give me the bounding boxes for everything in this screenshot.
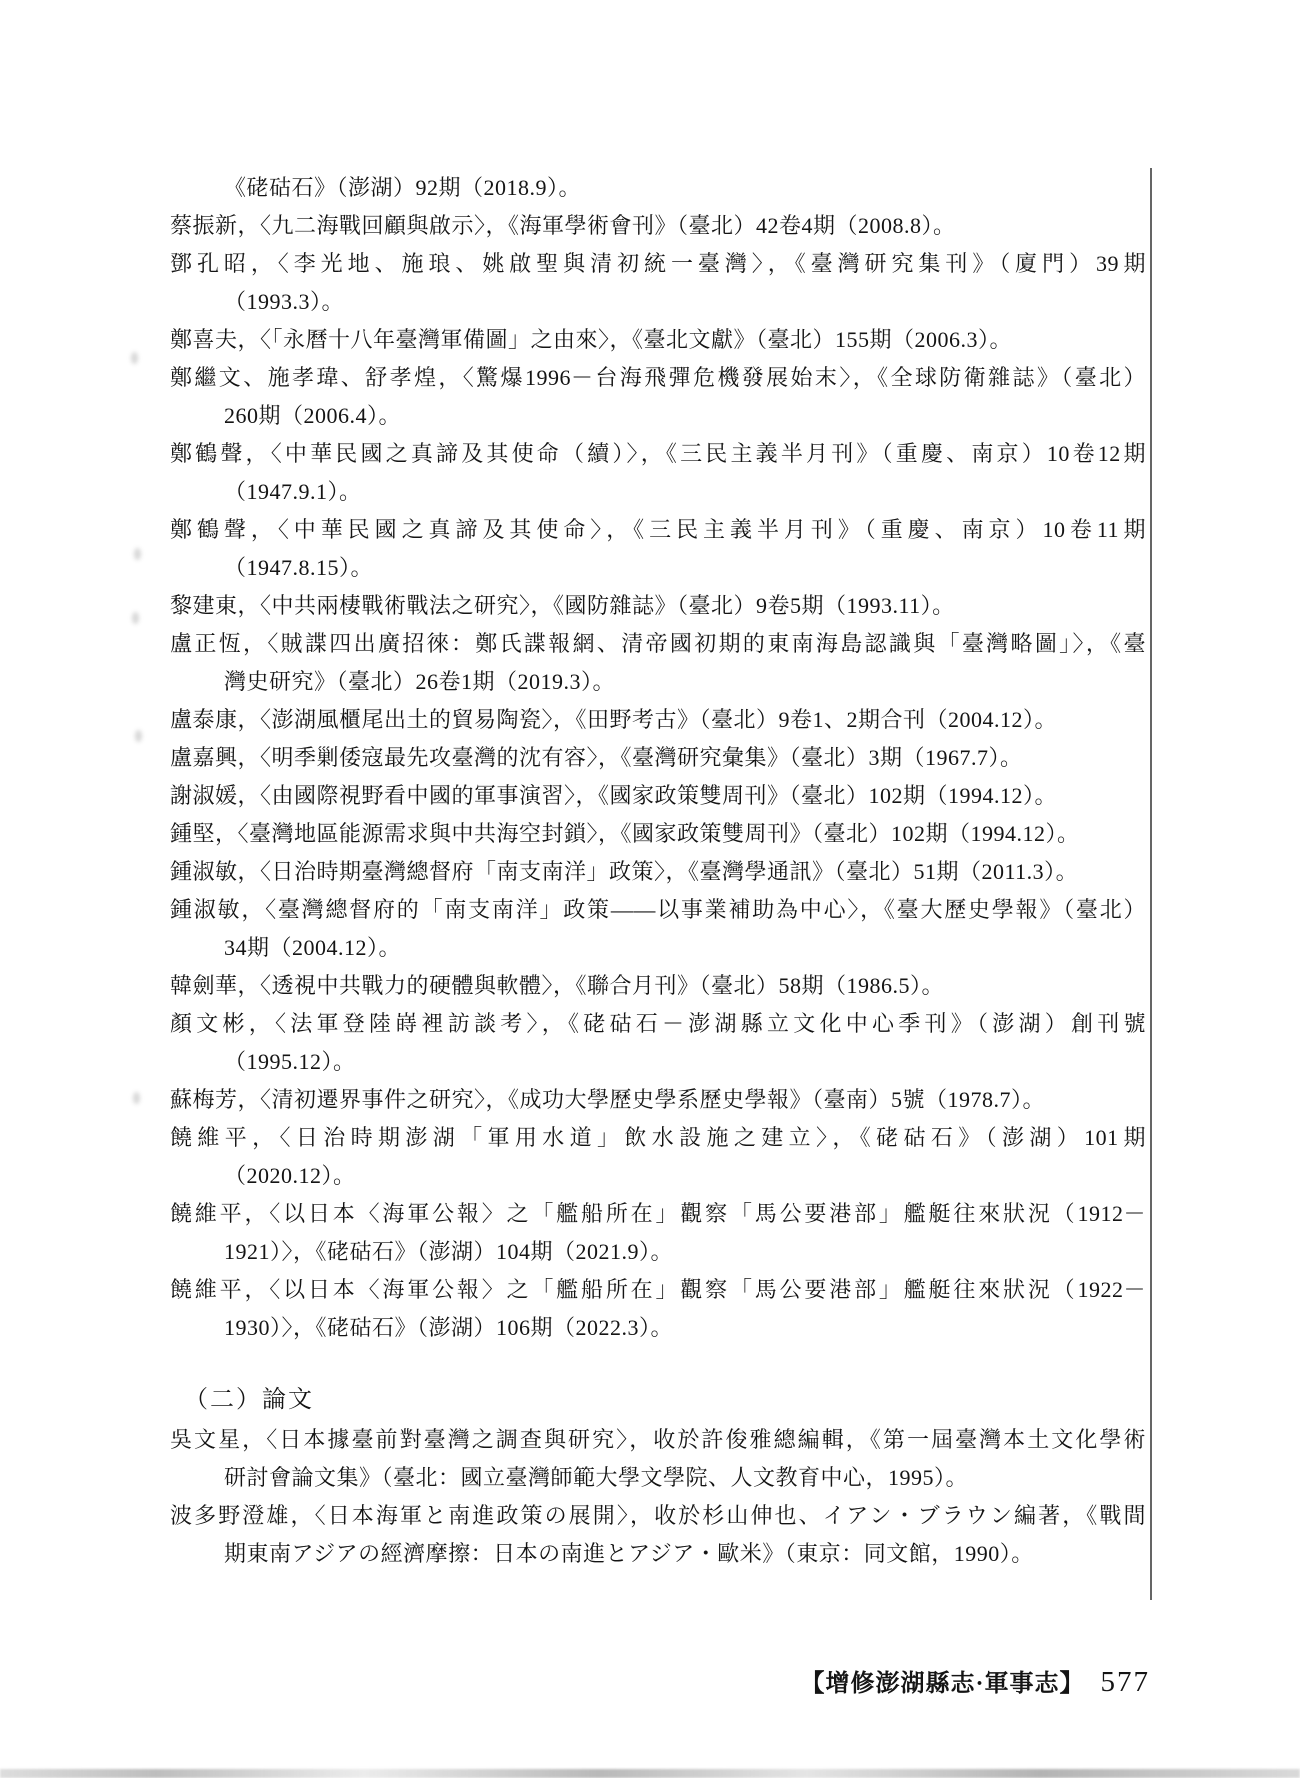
bib-line: 1930）〉，《硓𥑮石》（澎湖）106期（2022.3）。 bbox=[170, 1309, 1146, 1347]
scan-speck bbox=[135, 730, 142, 742]
bib-line: 研討會論文集》（臺北：國立臺灣師範大學文學院、人文教育中心，1995）。 bbox=[170, 1459, 1146, 1497]
scan-speck bbox=[133, 1092, 140, 1104]
bib-line: 灣史研究》（臺北）26卷1期（2019.3）。 bbox=[170, 663, 1146, 701]
bibliography-part2: 吳文星，〈日本據臺前對臺灣之調查與研究〉，收於許俊雅總編輯，《第一屆臺灣本土文化… bbox=[170, 1421, 1146, 1573]
bib-line: 饒維平，〈以日本〈海軍公報〉之「艦船所在」觀察「馬公要港部」艦艇往來狀況（191… bbox=[170, 1195, 1146, 1233]
bib-line: 饒維平，〈日治時期澎湖「軍用水道」飲水設施之建立〉，《硓𥑮石》（澎湖）101期 bbox=[170, 1119, 1146, 1157]
bibliography-list: 《硓𥑮石》（澎湖）92期（2018.9）。蔡振新，〈九二海戰回顧與啟示〉，《海軍… bbox=[170, 169, 1146, 1573]
scan-speck bbox=[132, 612, 139, 624]
scan-speck bbox=[131, 352, 138, 364]
bib-line: （2020.12）。 bbox=[170, 1157, 1146, 1195]
footer-book-title: 【增修澎湖縣志·軍事志】 bbox=[800, 1671, 1084, 1697]
bib-line: 盧嘉興，〈明季剿倭寇最先攻臺灣的沈有容〉，《臺灣研究彙集》（臺北）3期（1967… bbox=[170, 739, 1146, 777]
bib-line: 鍾淑敏，〈日治時期臺灣總督府「南支南洋」政策〉，《臺灣學通訊》（臺北）51期（2… bbox=[170, 853, 1146, 891]
scan-speck bbox=[134, 548, 141, 560]
bib-line: 盧泰康，〈澎湖風櫃尾出土的貿易陶瓷〉，《田野考古》（臺北）9卷1、2期合刊（20… bbox=[170, 701, 1146, 739]
bib-line: 鍾淑敏，〈臺灣總督府的「南支南洋」政策——以事業補助為中心〉，《臺大歷史學報》（… bbox=[170, 891, 1146, 929]
bib-line: 鄭喜夫，〈「永曆十八年臺灣軍備圖」之由來〉，《臺北文獻》（臺北）155期（200… bbox=[170, 321, 1146, 359]
page-footer: 【增修澎湖縣志·軍事志】577 bbox=[0, 1662, 1150, 1707]
bib-line: 蔡振新，〈九二海戰回顧與啟示〉，《海軍學術會刊》（臺北）42卷4期（2008.8… bbox=[170, 207, 1146, 245]
section-heading: （二）論文 bbox=[184, 1380, 1146, 1420]
scanned-page: 《硓𥑮石》（澎湖）92期（2018.9）。蔡振新，〈九二海戰回顧與啟示〉，《海軍… bbox=[0, 0, 1300, 1778]
footer-page-number: 577 bbox=[1101, 1666, 1151, 1698]
bib-line: 鄭鶴聲，〈中華民國之真諦及其使命〉，《三民主義半月刊》（重慶、南京）10卷11期 bbox=[170, 511, 1146, 549]
bib-line: （1947.9.1）。 bbox=[170, 473, 1146, 511]
bib-line: 鄭繼文、施孝瑋、舒孝煌，〈驚爆1996－台海飛彈危機發展始末〉，《全球防衛雜誌》… bbox=[170, 359, 1146, 397]
bib-line: 謝淑媛，〈由國際視野看中國的軍事演習〉，《國家政策雙周刊》（臺北）102期（19… bbox=[170, 777, 1146, 815]
bib-line: 饒維平，〈以日本〈海軍公報〉之「艦船所在」觀察「馬公要港部」艦艇往來狀況（192… bbox=[170, 1271, 1146, 1309]
bibliography-part1: 《硓𥑮石》（澎湖）92期（2018.9）。蔡振新，〈九二海戰回顧與啟示〉，《海軍… bbox=[170, 169, 1146, 1347]
bib-line: 黎建東，〈中共兩棲戰術戰法之研究〉，《國防雜誌》（臺北）9卷5期（1993.11… bbox=[170, 587, 1146, 625]
bib-line: 韓劍華，〈透視中共戰力的硬體與軟體〉，《聯合月刊》（臺北）58期（1986.5）… bbox=[170, 967, 1146, 1005]
bib-line: （1947.8.15）。 bbox=[170, 549, 1146, 587]
bib-line: 顏文彬，〈法軍登陸嵵裡訪談考〉，《硓𥑮石－澎湖縣立文化中心季刊》（澎湖）創刊號 bbox=[170, 1005, 1146, 1043]
bib-line: （1993.3）。 bbox=[170, 283, 1146, 321]
scan-artifact-line bbox=[1150, 168, 1152, 1600]
scan-edge-shadow bbox=[0, 1769, 1300, 1778]
bib-line: 34期（2004.12）。 bbox=[170, 929, 1146, 967]
bib-line: 期東南アジアの經濟摩擦：日本の南進とアジア・歐米》（東京：同文館，1990）。 bbox=[170, 1535, 1146, 1573]
bib-line: 260期（2006.4）。 bbox=[170, 397, 1146, 435]
bib-line: 鍾堅，〈臺灣地區能源需求與中共海空封鎖〉，《國家政策雙周刊》（臺北）102期（1… bbox=[170, 815, 1146, 853]
bib-line: 《硓𥑮石》（澎湖）92期（2018.9）。 bbox=[170, 169, 1146, 207]
bib-line: 波多野澄雄，〈日本海軍と南進政策の展開〉，收於杉山伸也、イアン・ブラウン編著，《… bbox=[170, 1497, 1146, 1535]
bib-line: 1921）〉，《硓𥑮石》（澎湖）104期（2021.9）。 bbox=[170, 1233, 1146, 1271]
bib-line: 蘇梅芳，〈清初遷界事件之研究〉，《成功大學歷史學系歷史學報》（臺南）5號（197… bbox=[170, 1081, 1146, 1119]
bib-line: 吳文星，〈日本據臺前對臺灣之調查與研究〉，收於許俊雅總編輯，《第一屆臺灣本土文化… bbox=[170, 1421, 1146, 1459]
bib-line: 鄭鶴聲，〈中華民國之真諦及其使命（續）〉，《三民主義半月刊》（重慶、南京）10卷… bbox=[170, 435, 1146, 473]
bib-line: 盧正恆，〈賊諜四出廣招徠：鄭氏諜報網、清帝國初期的東南海島認識與「臺灣略圖」〉，… bbox=[170, 625, 1146, 663]
bib-line: 鄧孔昭，〈李光地、施琅、姚啟聖與清初統一臺灣〉，《臺灣研究集刊》（廈門）39期 bbox=[170, 245, 1146, 283]
bib-line: （1995.12）。 bbox=[170, 1043, 1146, 1081]
